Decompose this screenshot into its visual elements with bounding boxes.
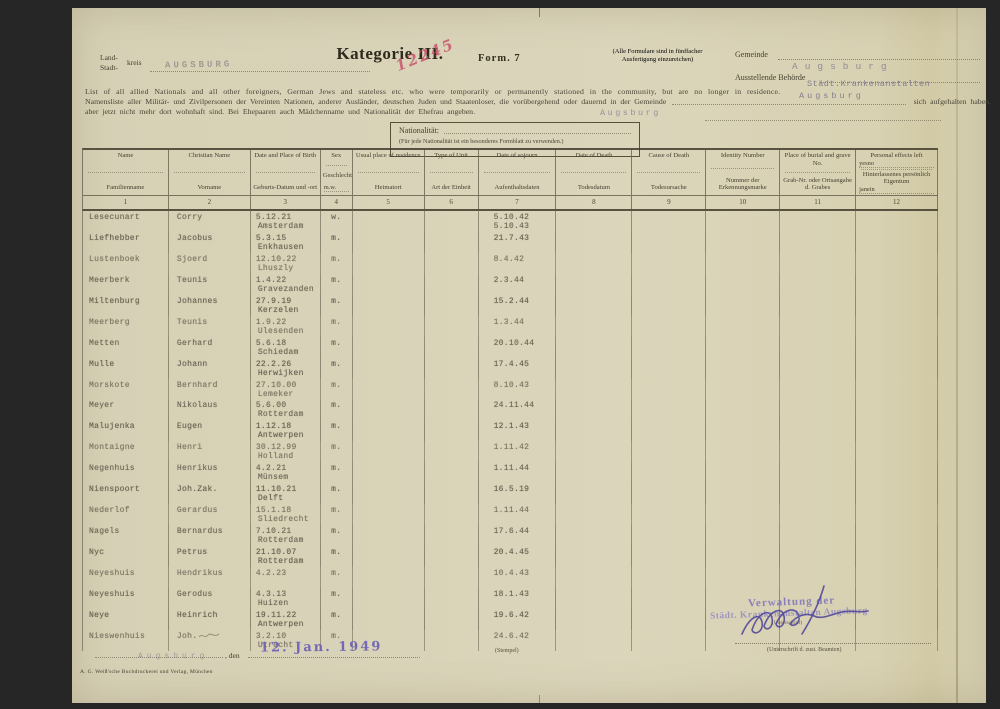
empty-cell (780, 462, 856, 483)
family-name: Meerberk (83, 276, 168, 285)
district-stamp: AUGSBURG (165, 59, 232, 70)
column-label-de: Hinterlassenes persönlich Eigentum (856, 171, 937, 186)
column-label-en: Name (83, 152, 168, 160)
sex-cell: m. (321, 525, 353, 546)
column-label-de: Todesursache (632, 184, 705, 192)
name-cell: Morskote (83, 379, 169, 400)
sex-cell: m. (321, 232, 353, 253)
given-name: Joh. (169, 632, 250, 641)
empty-cell (706, 316, 780, 337)
sex-cell: m. (321, 337, 353, 358)
empty-cell (856, 316, 938, 337)
empty-cell (353, 567, 425, 588)
empty-cell (556, 274, 632, 295)
family-name: Negenhuis (83, 464, 168, 473)
header-dotted-separator (785, 172, 850, 173)
birth-cell: 22.2.26Herwijken (251, 358, 321, 379)
sex-value: m. (321, 527, 352, 536)
sojourn-date: 20.10.44 (479, 339, 556, 348)
sex-value: m. (321, 318, 352, 327)
column-label-de: Familienname (83, 184, 168, 192)
sojourn-date: 5.10.42 (479, 213, 556, 222)
given-name-cell: Henrikus (169, 462, 251, 483)
sex-cell: m. (321, 567, 353, 588)
birth-date: 5.6.00 (251, 401, 320, 410)
birth-cell: 4.2.23 (251, 567, 321, 588)
birth-place: Herwijken (251, 369, 320, 378)
birth-cell: 5.12.21Amsterdam (251, 211, 321, 232)
sex-cell: m. (321, 420, 353, 441)
birth-date: 19.11.22 (251, 611, 320, 620)
sex-value: m. (321, 234, 352, 243)
empty-cell (556, 441, 632, 462)
family-name: Meerberg (83, 318, 168, 327)
empty-cell (425, 462, 479, 483)
column-number: 12 (856, 196, 938, 209)
sex-cell: m. (321, 441, 353, 462)
empty-cell (632, 546, 706, 567)
empty-cell (556, 609, 632, 630)
given-name-cell: Henri (169, 441, 251, 462)
sojourn-date: 2.3.44 (479, 276, 556, 285)
given-name-cell: Joh. (169, 630, 251, 651)
header-dotted-separator (711, 168, 774, 169)
given-name: Hendrikus (169, 569, 250, 578)
header-dotted-separator (484, 172, 551, 173)
table-row: MiltenburgJohannes27.9.19Kerzelenm.15.2.… (83, 295, 938, 316)
given-name-cell: Teunis (169, 274, 251, 295)
sex-value: m. (321, 381, 352, 390)
empty-cell (780, 316, 856, 337)
empty-cell (556, 630, 632, 651)
column-label-en: Cause of Death (632, 152, 705, 160)
copies-note-line1: (Alle Formulare sind in fünffacher (575, 48, 740, 56)
empty-cell (856, 441, 938, 462)
sojourn-cell: 10.4.43 (479, 567, 557, 588)
empty-cell (425, 316, 479, 337)
empty-cell (706, 211, 780, 232)
given-name-cell: Heinrich (169, 609, 251, 630)
empty-cell (632, 379, 706, 400)
name-cell: Nieswenhuis (83, 630, 169, 651)
given-name: Bernardus (169, 527, 250, 536)
birth-date: 21.10.07 (251, 548, 320, 557)
sex-value: m. (321, 464, 352, 473)
column-label-en: Christian Name (169, 152, 250, 160)
sojourn-cell: 2.3.44 (479, 274, 557, 295)
intro-text-de: Namensliste aller Militär- und Zivilpers… (85, 97, 991, 106)
red-annotation: 12245 (393, 35, 457, 75)
given-name: Teunis (169, 276, 250, 285)
birth-place: Münsem (251, 473, 320, 482)
sojourn-cell: 1.11.44 (479, 462, 557, 483)
sojourn-date: 18.1.43 (479, 590, 556, 599)
empty-cell (632, 567, 706, 588)
empty-cell (632, 295, 706, 316)
empty-cell (780, 211, 856, 232)
sex-value: m. (321, 255, 352, 264)
handwritten-scribble (198, 632, 220, 640)
gemeinde-label: Gemeinde (735, 50, 768, 59)
table-row: NienspoortJoh.Zak.11.10.21Delftm.16.5.19 (83, 483, 938, 504)
sojourn-date: 24.11.44 (479, 401, 556, 410)
empty-cell (780, 295, 856, 316)
birth-place: Ulesenden (251, 327, 320, 336)
empty-cell (856, 420, 938, 441)
column-header-10: Identity NumberNummer der Erkennungsmark… (706, 150, 780, 195)
sojourn-cell: 5.10.425.10.43 (479, 211, 557, 232)
name-cell: Meerberk (83, 274, 169, 295)
nationality-note: (Für jede Nationalität ist ein besondere… (399, 138, 631, 145)
given-name: Gerodus (169, 590, 250, 599)
birth-cell: 7.10.21Rotterdam (251, 525, 321, 546)
birth-cell: 27.10.00Lemeker (251, 379, 321, 400)
table-row: NederlofGerardus15.1.18Sliedrechtm.1.11.… (83, 504, 938, 525)
empty-cell (353, 253, 425, 274)
name-cell: Meyer (83, 399, 169, 420)
column-label-de: Nummer der Erkennungsmarke (706, 177, 779, 192)
sojourn-date: 1.11.44 (479, 506, 556, 515)
empty-cell (353, 379, 425, 400)
header-dotted-separator (358, 172, 419, 173)
sex-value: m. (321, 339, 352, 348)
birth-date: 4.2.21 (251, 464, 320, 473)
family-name: Nienspoort (83, 485, 168, 494)
family-name: Mulle (83, 360, 168, 369)
birth-date: 5.6.18 (251, 339, 320, 348)
given-name-cell: Petrus (169, 546, 251, 567)
header-dotted-separator (861, 169, 932, 170)
sex-cell: m. (321, 483, 353, 504)
given-name-cell: Joh.Zak. (169, 483, 251, 504)
empty-cell (780, 441, 856, 462)
sex-cell: m. (321, 295, 353, 316)
sex-cell: w. (321, 211, 353, 232)
empty-cell (353, 462, 425, 483)
birth-cell: 4.3.13Huizen (251, 588, 321, 609)
given-name: Johann (169, 360, 250, 369)
sex-value: w. (321, 213, 352, 222)
empty-cell (706, 337, 780, 358)
empty-cell (856, 504, 938, 525)
empty-cell (856, 232, 938, 253)
empty-cell (425, 441, 479, 462)
sex-value: m. (321, 590, 352, 599)
table-row: MettenGerhard5.6.18Schiedamm.20.10.44 (83, 337, 938, 358)
empty-cell (706, 379, 780, 400)
birth-cell: 5.6.00Rotterdam (251, 399, 321, 420)
sojourn-cell: 8.10.43 (479, 379, 557, 400)
empty-cell (706, 399, 780, 420)
empty-cell (353, 483, 425, 504)
birth-date: 1.12.18 (251, 422, 320, 431)
given-name-cell: Sjoerd (169, 253, 251, 274)
empty-cell (632, 316, 706, 337)
empty-cell (706, 525, 780, 546)
sojourn-cell: 12.1.43 (479, 420, 557, 441)
sojourn-cell: 15.2.44 (479, 295, 557, 316)
sojourn-date: 17.6.44 (479, 527, 556, 536)
roster-table: NameFamiliennameChristian NameVornameDat… (82, 148, 938, 651)
empty-cell (632, 630, 706, 651)
empty-cell (556, 295, 632, 316)
column-number: 10 (706, 196, 780, 209)
empty-cell (556, 253, 632, 274)
given-name: Teunis (169, 318, 250, 327)
birth-cell: 4.2.21Münsem (251, 462, 321, 483)
family-name: Lesecunart (83, 213, 168, 222)
empty-cell (856, 253, 938, 274)
nationality-dotted-line (444, 126, 631, 134)
empty-cell (632, 232, 706, 253)
family-name: Miltenburg (83, 297, 168, 306)
empty-cell (425, 609, 479, 630)
given-name-cell: Bernhard (169, 379, 251, 400)
given-name: Jacobus (169, 234, 250, 243)
sojourn-cell: 17.4.45 (479, 358, 557, 379)
family-name: Neyeshuis (83, 569, 168, 578)
table-row: MeerberkTeunis1.4.22Gravezandenm.2.3.44 (83, 274, 938, 295)
given-name-cell: Gerardus (169, 504, 251, 525)
sex-cell: m. (321, 546, 353, 567)
sex-value: m. (321, 611, 352, 620)
sojourn-date: 8.4.42 (479, 255, 556, 264)
column-number: 8 (556, 196, 632, 209)
column-label-de: Art der Einheit (425, 184, 478, 192)
birth-place: Antwerpen (251, 620, 320, 629)
empty-cell (556, 546, 632, 567)
empty-cell (556, 420, 632, 441)
empty-cell (632, 483, 706, 504)
column-label-de: Todesdatum (556, 184, 631, 192)
birth-cell: 5.6.18Schiedam (251, 337, 321, 358)
birth-cell: 30.12.99Holland (251, 441, 321, 462)
sex-value: m. (321, 422, 352, 431)
empty-cell (632, 525, 706, 546)
empty-cell (706, 546, 780, 567)
birth-place: Rotterdam (251, 557, 320, 566)
right-dotted-line (705, 112, 941, 121)
birth-place: Delft (251, 494, 320, 503)
given-name-cell: Bernardus (169, 525, 251, 546)
empty-cell (632, 337, 706, 358)
gemeinde-dotted-line (778, 51, 980, 60)
sex-cell: m. (321, 274, 353, 295)
column-label-de: Aufenthaltsdaten (479, 184, 556, 192)
birth-place: Gravezanden (251, 285, 320, 294)
family-name: Nederlof (83, 506, 168, 515)
column-header-8: Date of DeathTodesdatum (556, 150, 632, 195)
form-number: Form. 7 (478, 53, 521, 64)
name-cell: Miltenburg (83, 295, 169, 316)
name-cell: Montaigne (83, 441, 169, 462)
column-header-2: Christian NameVorname (169, 150, 251, 195)
empty-cell (780, 525, 856, 546)
header-subrow: janein (859, 186, 934, 194)
empty-cell (780, 379, 856, 400)
column-header-9: Cause of DeathTodesursache (632, 150, 706, 195)
gemeinde-stamp: Augsburg (792, 61, 894, 72)
empty-cell (856, 546, 938, 567)
column-header-7: Date of sojournAufenthaltsdaten (479, 150, 557, 195)
empty-cell (425, 274, 479, 295)
column-header-12: Personal effects leftyesnoHinterlassenes… (856, 150, 938, 195)
birth-date: 27.10.00 (251, 381, 320, 390)
given-name-cell: Jacobus (169, 232, 251, 253)
column-label-en: Date of sojourn (479, 152, 556, 160)
empty-cell (706, 232, 780, 253)
table-row: LiefhebberJacobus5.3.15Enkhausenm.21.7.4… (83, 232, 938, 253)
given-name-cell: Teunis (169, 316, 251, 337)
column-number: 6 (425, 196, 479, 209)
column-label-de: Grab-Nr. oder Ortsangabe d. Grabes (780, 177, 855, 192)
column-header-11: Place of burial and grave No.Grab-Nr. od… (780, 150, 856, 195)
empty-cell (353, 358, 425, 379)
empty-cell (353, 441, 425, 462)
given-name: Petrus (169, 548, 250, 557)
empty-cell (425, 567, 479, 588)
birth-cell: 1.4.22Gravezanden (251, 274, 321, 295)
stempel-label: (Stempel) (495, 648, 519, 654)
table-row: MorskoteBernhard27.10.00Lemekerm.8.10.43 (83, 379, 938, 400)
empty-cell (556, 399, 632, 420)
form-page: Land- Stadt- kreis AUGSBURG Kategorie II… (72, 8, 986, 703)
name-cell: Meerberg (83, 316, 169, 337)
empty-cell (353, 504, 425, 525)
empty-cell (556, 379, 632, 400)
birth-date: 7.10.21 (251, 527, 320, 536)
column-header-4: SexGeschlechtm.w. (321, 150, 353, 195)
table-row: MeerbergTeunis1.9.22Ulesendenm.1.3.44 (83, 316, 938, 337)
birth-place: Antwerpen (251, 431, 320, 440)
sojourn-date: 21.7.43 (479, 234, 556, 243)
sojourn-date: 16.5.19 (479, 485, 556, 494)
column-number: 2 (169, 196, 251, 209)
table-row: NegenhuisHenrikus4.2.21Münsemm.1.11.44 (83, 462, 938, 483)
empty-cell (856, 483, 938, 504)
header-sub-option: w. (330, 184, 336, 191)
empty-cell (856, 379, 938, 400)
header-dotted-separator (430, 172, 473, 173)
empty-cell (780, 274, 856, 295)
land-label: Land- (100, 53, 118, 62)
column-label-en: Date and Place of Birth (251, 152, 320, 160)
header-sub-option: m. (324, 184, 331, 191)
sex-cell: m. (321, 462, 353, 483)
empty-cell (706, 295, 780, 316)
given-name: Henri (169, 443, 250, 452)
given-name: Gerhard (169, 339, 250, 348)
sex-value: m. (321, 443, 352, 452)
birth-date: 27.9.19 (251, 297, 320, 306)
column-number: 11 (780, 196, 856, 209)
empty-cell (425, 211, 479, 232)
empty-cell (632, 399, 706, 420)
given-name: Eugen (169, 422, 250, 431)
column-label-de: Vorname (169, 184, 250, 192)
name-cell: Liefhebber (83, 232, 169, 253)
table-row: LesecunartCorry5.12.21Amsterdamw.5.10.42… (83, 211, 938, 232)
empty-cell (556, 211, 632, 232)
authority-label: Ausstellende Behörde (735, 73, 805, 82)
place-stamp: Augsburg (138, 652, 208, 661)
birth-date: 15.1.18 (251, 506, 320, 515)
empty-cell (556, 567, 632, 588)
empty-cell (632, 253, 706, 274)
column-label-en: Type of Unit (425, 152, 478, 160)
copies-note-line2: Ausfertigung einzureichen) (575, 56, 740, 64)
empty-cell (353, 399, 425, 420)
empty-cell (556, 588, 632, 609)
sojourn-date: 20.4.45 (479, 548, 556, 557)
sex-value: m. (321, 276, 352, 285)
empty-cell (632, 420, 706, 441)
empty-cell (706, 358, 780, 379)
header-dotted-separator (256, 172, 315, 173)
kreis-label: kreis (127, 58, 142, 67)
given-name: Sjoerd (169, 255, 250, 264)
name-cell: Lesecunart (83, 211, 169, 232)
table-row: LustenboekSjoerd12.10.22Lhuszlym.8.4.42 (83, 253, 938, 274)
column-header-3: Date and Place of BirthGeburts-Datum und… (251, 150, 321, 195)
given-name-cell: Nikolaus (169, 399, 251, 420)
name-cell: Nyc (83, 546, 169, 567)
birth-place: Kerzelen (251, 306, 320, 315)
given-name: Corry (169, 213, 250, 222)
signature-caption: (Unterschrift d. zust. Beamten) (767, 647, 841, 653)
sex-value: m. (321, 485, 352, 494)
birth-date: 4.2.23 (251, 569, 320, 578)
copies-note: (Alle Formulare sind in fünffacher Ausfe… (575, 48, 740, 64)
given-name: Bernhard (169, 381, 250, 390)
column-number: 4 (321, 196, 353, 209)
family-name: Nyc (83, 548, 168, 557)
column-label-en: Place of burial and grave No. (780, 152, 855, 167)
empty-cell (780, 420, 856, 441)
name-cell: Nederlof (83, 504, 169, 525)
birth-date: 5.3.15 (251, 234, 320, 243)
sex-cell: m. (321, 358, 353, 379)
sojourn-cell: 20.10.44 (479, 337, 557, 358)
intro-de-start: Namensliste aller Militär- und Zivilpers… (85, 97, 666, 106)
empty-cell (780, 483, 856, 504)
empty-cell (353, 295, 425, 316)
empty-cell (556, 483, 632, 504)
birth-place: Enkhausen (251, 243, 320, 252)
sojourn-date: 12.1.43 (479, 422, 556, 431)
name-cell: Nienspoort (83, 483, 169, 504)
family-name: Neyeshuis (83, 590, 168, 599)
given-name: Henrikus (169, 464, 250, 473)
sojourn-cell: 19.6.42 (479, 609, 557, 630)
stadt-label: Stadt- (100, 63, 118, 72)
empty-cell (425, 588, 479, 609)
column-number: 9 (632, 196, 706, 209)
date-stamp: 12. Jan. 1949 (260, 639, 383, 655)
name-cell: Metten (83, 337, 169, 358)
empty-cell (353, 232, 425, 253)
table-row: NagelsBernardus7.10.21Rotterdamm.17.6.44 (83, 525, 938, 546)
birth-date: 1.4.22 (251, 276, 320, 285)
sojourn-cell: 1.11.44 (479, 504, 557, 525)
header-sub-option: yes (859, 160, 868, 167)
given-name-cell: Johann (169, 358, 251, 379)
header-dotted-separator (88, 172, 163, 173)
empty-cell (425, 253, 479, 274)
column-label-en: Date of Death (556, 152, 631, 160)
column-header-6: Type of UnitArt der Einheit (425, 150, 479, 195)
family-name: Metten (83, 339, 168, 348)
